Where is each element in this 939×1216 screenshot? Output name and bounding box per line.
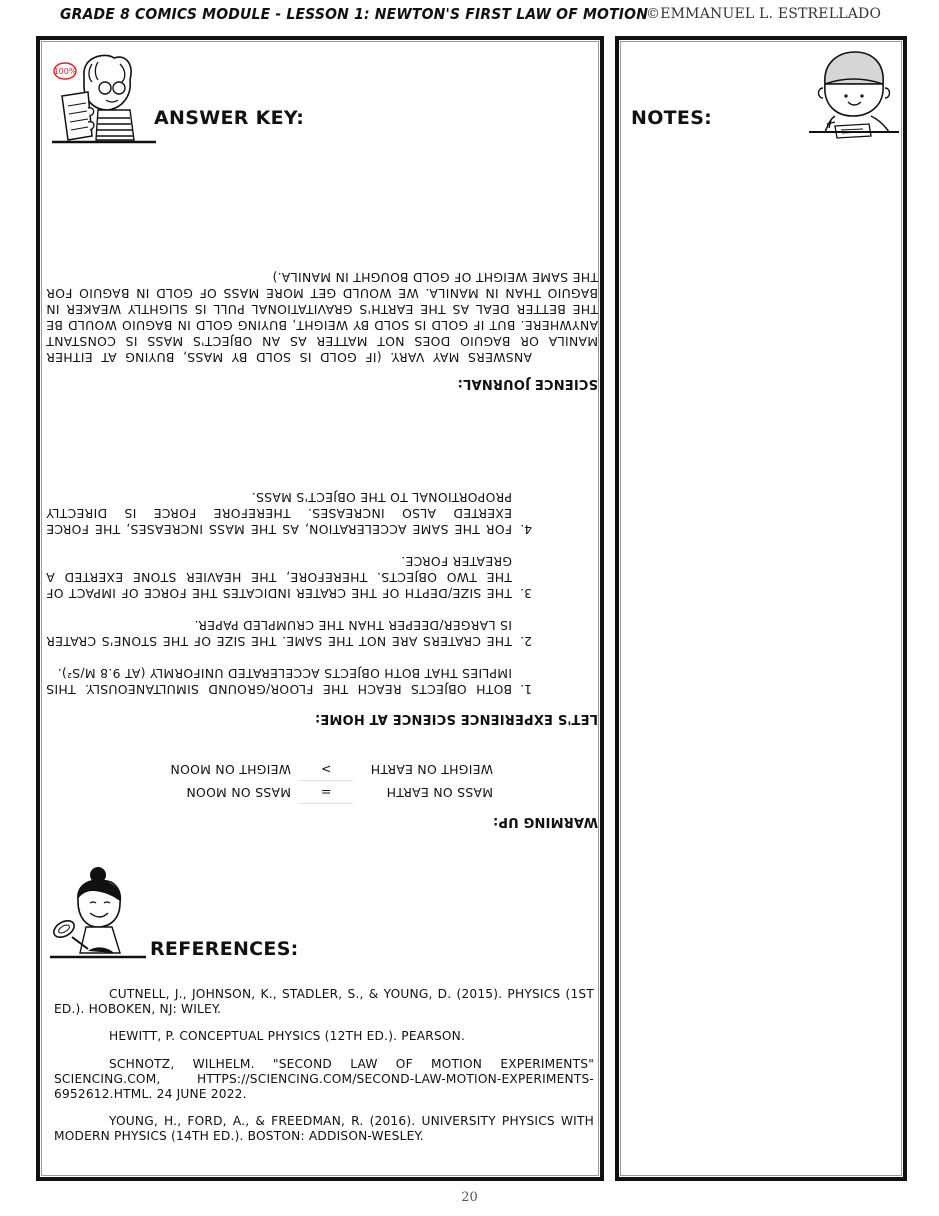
experience-heading: LET'S EXPERIENCE SCIENCE AT HOME:	[315, 711, 598, 726]
answer-key-content-upside-down: WARMING UP: MASS ON EARTH = MASS ON MOON…	[46, 229, 598, 829]
science-journal-heading: SCIENCE JOURNAL:	[457, 376, 598, 391]
answer-item: 2. THE CRATERS ARE NOT THE SAME. THE SIZ…	[46, 617, 598, 649]
answer-key-title: ANSWER KEY:	[154, 107, 304, 129]
answer-item: 1. BOTH OBJECTS REACH THE FLOOR/GROUND S…	[46, 665, 598, 697]
answer-text: THE CRATERS ARE NOT THE SAME. THE SIZE O…	[46, 617, 512, 649]
reference-item: SCHNOTZ, WILHELM. "SECOND LAW OF MOTION …	[54, 1057, 594, 1102]
comparison-left: MASS ON EARTH	[353, 785, 493, 800]
notes-panel: NOTES:	[615, 36, 907, 1181]
warming-up-heading: WARMING UP:	[493, 814, 598, 829]
lesson-title: GRADE 8 COMICS MODULE - LESSON 1: NEWTON…	[60, 5, 648, 23]
author-credit: ©EMMANUEL L. ESTRELLADO	[646, 6, 881, 22]
girl-with-magnifying-glass-icon	[48, 865, 148, 961]
answer-number: 3.	[512, 553, 598, 601]
answer-text: FOR THE SAME ACCELERATION, AS THE MASS I…	[46, 489, 512, 537]
science-journal-answer: ANSWERS MAY VARY. (IF GOLD IS SOLD BY MA…	[46, 269, 598, 365]
answer-item: 4. FOR THE SAME ACCELERATION, AS THE MAS…	[46, 489, 598, 537]
notes-title: NOTES:	[631, 107, 712, 129]
references-title: REFERENCES:	[150, 938, 299, 960]
comparison-operator: >	[299, 758, 353, 781]
answer-number: 2.	[512, 617, 598, 649]
teacher-reading-paper-icon: 100%	[48, 44, 158, 146]
reference-item: CUTNELL, J., JOHNSON, K., STADLER, S., &…	[54, 987, 594, 1017]
comparison-row: WEIGHT ON EARTH > WEIGHT ON MOON	[151, 758, 493, 781]
mass-weight-comparison: MASS ON EARTH = MASS ON MOON WEIGHT ON E…	[151, 758, 493, 804]
svg-text:100%: 100%	[54, 67, 77, 76]
page-header: GRADE 8 COMICS MODULE - LESSON 1: NEWTON…	[60, 3, 920, 25]
comparison-right: MASS ON MOON	[151, 785, 299, 800]
reference-item: HEWITT, P. CONCEPTUAL PHYSICS (12TH ED.)…	[54, 1029, 594, 1044]
comparison-right: WEIGHT ON MOON	[151, 762, 299, 777]
answer-text: BOTH OBJECTS REACH THE FLOOR/GROUND SIMU…	[46, 665, 512, 697]
comparison-operator: =	[299, 781, 353, 804]
answer-text: THE SIZE/DEPTH OF THE CRATER INDICATES T…	[46, 553, 512, 601]
answer-number: 1.	[512, 665, 598, 697]
answer-key-panel: 100% ANSWER KEY: WARMING UP: MASS ON EAR…	[36, 36, 604, 1181]
answer-number: 4.	[512, 489, 598, 537]
answer-item: 3. THE SIZE/DEPTH OF THE CRATER INDICATE…	[46, 553, 598, 601]
boy-writing-notes-icon	[805, 44, 901, 140]
experience-answers-list: 1. BOTH OBJECTS REACH THE FLOOR/GROUND S…	[46, 473, 598, 697]
comparison-left: WEIGHT ON EARTH	[353, 762, 493, 777]
page-number: 20	[0, 1190, 939, 1205]
references-list: CUTNELL, J., JOHNSON, K., STADLER, S., &…	[54, 975, 594, 1156]
comparison-row: MASS ON EARTH = MASS ON MOON	[151, 781, 493, 804]
reference-item: YOUNG, H., FORD, A., & FREEDMAN, R. (201…	[54, 1114, 594, 1144]
